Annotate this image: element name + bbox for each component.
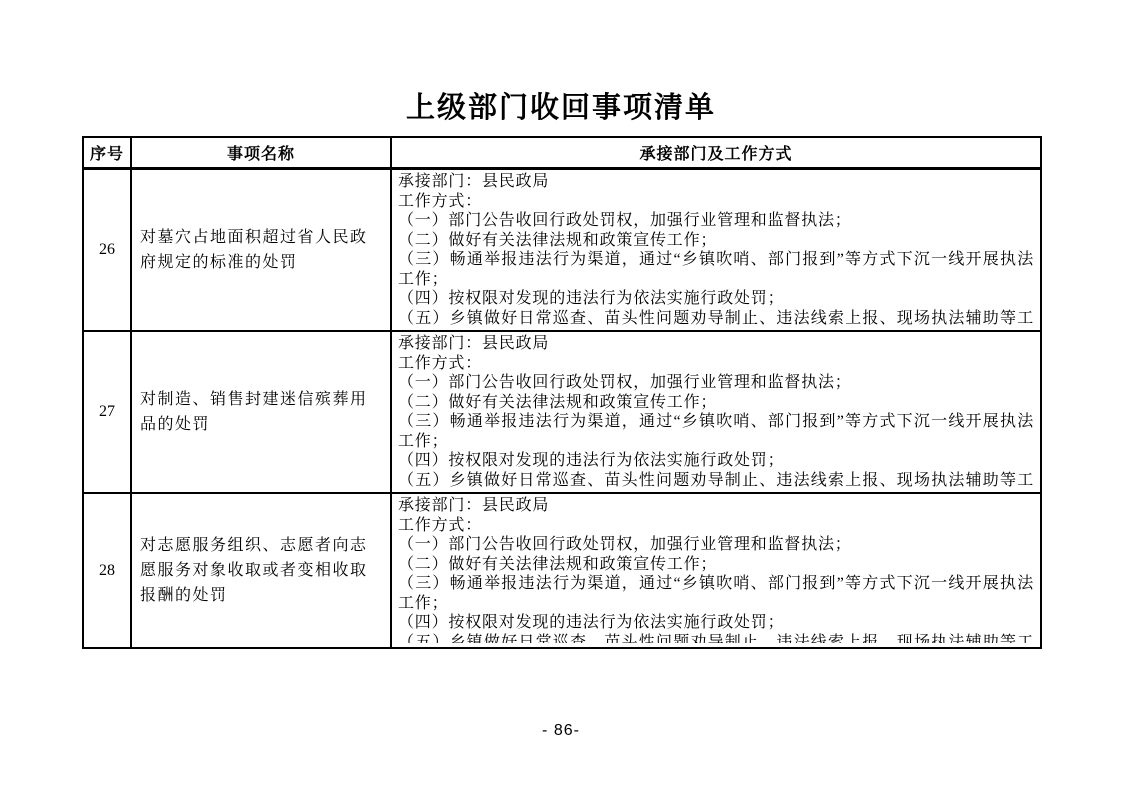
header-serial-number: 序号 (83, 137, 131, 169)
header-matter-name: 事项名称 (131, 137, 391, 169)
document-page: 上级部门收回事项清单 序号 事项名称 承接部门及工作方式 26 对墓穴占地面积超… (0, 0, 1122, 793)
work-method-text: 承接部门：县民政局 工作方式： （一）部门公告收回行政处罚权，加强行业管理和监督… (392, 332, 1040, 488)
header-undertaking-department: 承接部门及工作方式 (391, 137, 1041, 169)
work-method-cell: 承接部门：县民政局 工作方式： （一）部门公告收回行政处罚权，加强行业管理和监督… (391, 493, 1041, 648)
serial-number-cell: 28 (83, 493, 131, 648)
serial-number-cell: 27 (83, 331, 131, 493)
serial-number-cell: 26 (83, 169, 131, 332)
work-method-text: 承接部门：县民政局 工作方式： （一）部门公告收回行政处罚权，加强行业管理和监督… (392, 170, 1040, 326)
matter-name-cell: 对志愿服务组织、志愿者向志愿服务对象收取或者变相收取报酬的处罚 (131, 493, 391, 648)
table-row: 28 对志愿服务组织、志愿者向志愿服务对象收取或者变相收取报酬的处罚 承接部门：… (83, 493, 1041, 648)
matter-name-cell: 对墓穴占地面积超过省人民政府规定的标准的处罚 (131, 169, 391, 332)
table-header-row: 序号 事项名称 承接部门及工作方式 (83, 137, 1041, 169)
table-row: 27 对制造、销售封建迷信殡葬用品的处罚 承接部门：县民政局 工作方式： （一）… (83, 331, 1041, 493)
work-method-cell: 承接部门：县民政局 工作方式： （一）部门公告收回行政处罚权，加强行业管理和监督… (391, 331, 1041, 493)
table-row: 26 对墓穴占地面积超过省人民政府规定的标准的处罚 承接部门：县民政局 工作方式… (83, 169, 1041, 332)
work-method-cell: 承接部门：县民政局 工作方式： （一）部门公告收回行政处罚权，加强行业管理和监督… (391, 169, 1041, 332)
page-title: 上级部门收回事项清单 (0, 0, 1122, 125)
page-number: - 86- (0, 722, 1122, 740)
matters-table: 序号 事项名称 承接部门及工作方式 26 对墓穴占地面积超过省人民政府规定的标准… (82, 136, 1042, 649)
matter-name-cell: 对制造、销售封建迷信殡葬用品的处罚 (131, 331, 391, 493)
work-method-text: 承接部门：县民政局 工作方式： （一）部门公告收回行政处罚权，加强行业管理和监督… (392, 494, 1040, 643)
